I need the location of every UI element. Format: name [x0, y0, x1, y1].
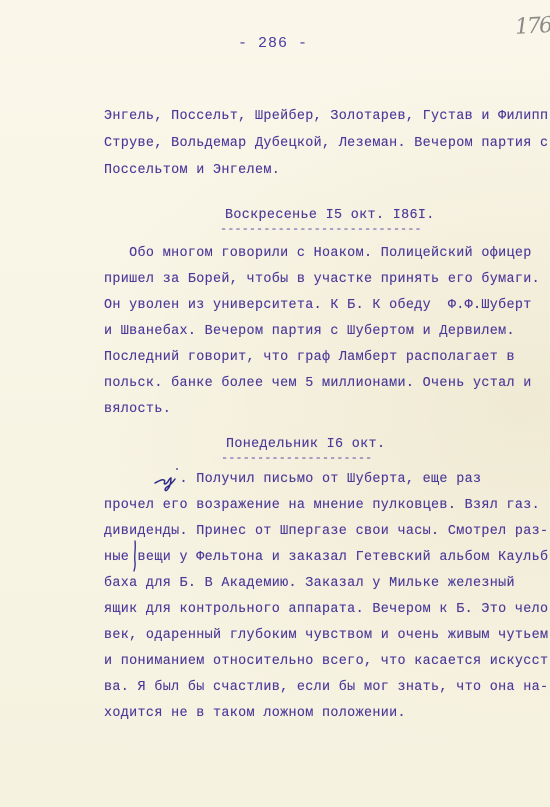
entry-line: баха для Б. В Академию. Заказал у Мильке…	[104, 575, 515, 592]
entry-line: дивиденды. Принес от Шпергазе свои часы.…	[104, 523, 548, 540]
entry-heading-monday: Понедельник I6 окт.	[226, 437, 385, 452]
entry-line: ва. Я был бы счастлив, если бы мог знать…	[104, 679, 548, 696]
entry-line: и Шванебах. Вечером партия с Шубертом и …	[104, 323, 515, 340]
entry-line: Обо многом говорили с Ноаком. Полицейски…	[104, 245, 532, 262]
entry-line: польск. банке более чем 5 миллионами. Оч…	[104, 375, 532, 392]
entry-line: ящик для контрольного аппарата. Вечером …	[104, 601, 550, 618]
archive-folio-number: 176	[514, 13, 550, 40]
entry-line: ходится не в таком ложном положении.	[104, 705, 406, 722]
page-number: - 286 -	[238, 35, 308, 52]
entry-line: век, одаренный глубоким чувством и очень…	[104, 627, 548, 644]
entry-line: Он уволен из университета. К Б. К обеду …	[104, 297, 532, 314]
entry-heading-sunday: Воскресенье I5 окт. I86I.	[225, 208, 435, 223]
entry-line: ные вещи у Фельтона и заказал Гетевский …	[104, 549, 550, 566]
entry-line: Последний говорит, что граф Ламберт расп…	[104, 349, 515, 366]
handwritten-separator-icon	[132, 540, 138, 572]
entry-line: вялость.	[104, 401, 171, 418]
document-page: 176 - 286 - Энгель, Поссельт, Шрейбер, З…	[0, 0, 550, 807]
entry-line: пришел за Борей, чтобы в участке принять…	[104, 271, 540, 288]
entry-line: и пониманием относительно всего, что кас…	[104, 653, 550, 670]
intro-line: Струве, Вольдемар Дубецкой, Леземан. Веч…	[104, 135, 548, 152]
heading-underline: ---------------------	[221, 451, 372, 465]
intro-line: Энгель, Поссельт, Шрейбер, Золотарев, Гу…	[104, 108, 548, 125]
intro-line: Поссельтом и Энгелем.	[104, 162, 280, 179]
entry-line: прочел его возражение на мнение пулковце…	[104, 497, 540, 514]
heading-underline: ----------------------------	[220, 222, 422, 236]
entry-line: . Получил письмо от Шуберта, еще раз	[104, 471, 481, 488]
